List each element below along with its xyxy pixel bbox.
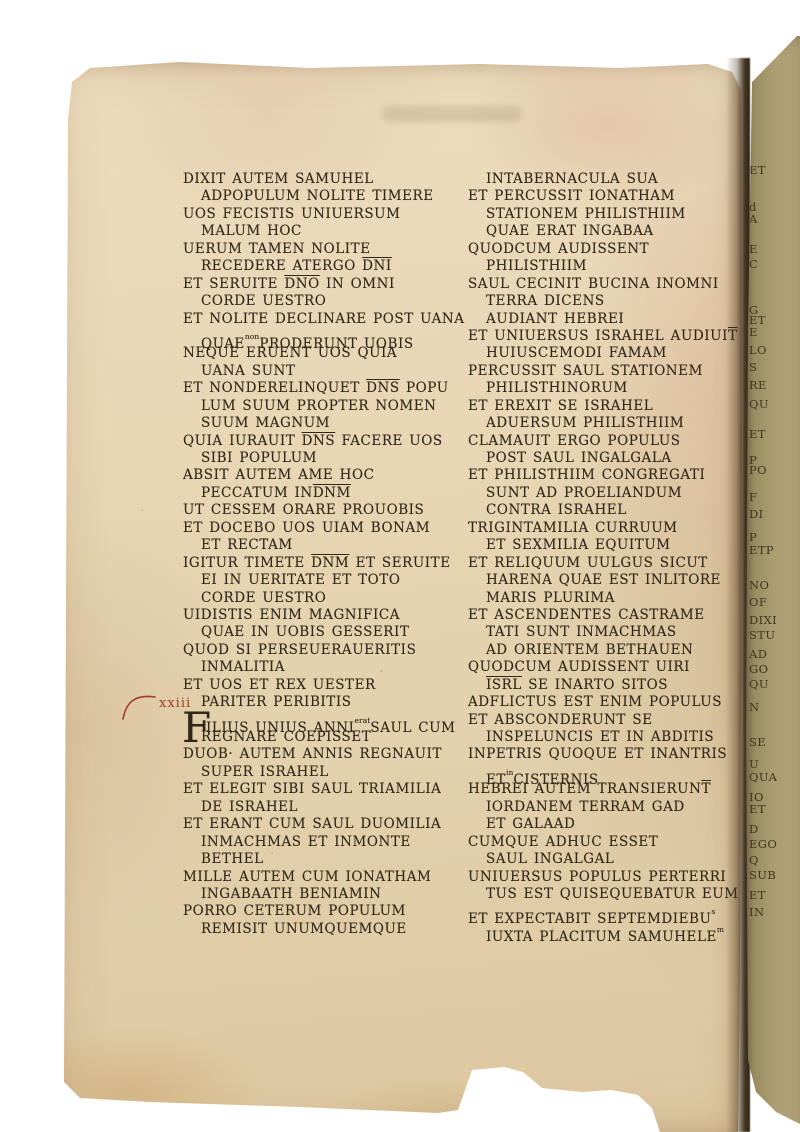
text-line: CONTRA ISRAHEL <box>468 502 768 519</box>
text-line: HUIUSCEMODI FAMAM <box>468 345 768 362</box>
edge-text-fragment: QUA <box>749 770 777 784</box>
gutter-shadow <box>726 58 750 1132</box>
text-line: PORRO CETERUM POPULUM <box>183 903 483 920</box>
edge-text-fragment: NO <box>749 578 769 592</box>
text-line: ISRL SE INARTO SITOS <box>468 677 768 694</box>
text-line: DE ISRAHEL <box>183 799 483 816</box>
text-line: CUMQUE ADHUC ESSET <box>468 834 768 851</box>
text-line: ET SEXMILIA EQUITUM <box>468 537 768 554</box>
text-line: UIDISTIS ENIM MAGNIFICA <box>183 607 483 624</box>
text-line: QUIA IURAUIT DNS FACERE UOS <box>183 433 483 450</box>
text-line: PARITER PERIBITIS <box>183 694 483 711</box>
edge-text-fragment: LO <box>749 343 767 357</box>
text-line: DUOB· AUTEM ANNIS REGNAUIT <box>183 746 483 763</box>
text-line: QUOD SI PERSEUERAUERITIS <box>183 642 483 659</box>
text-line: ET DOCEBO UOS UIAM BONAM <box>183 520 483 537</box>
text-line: INMALITIA <box>183 659 483 676</box>
text-line: ET ASCENDENTES CASTRAME <box>468 607 768 624</box>
edge-text-fragment: QU <box>749 677 769 691</box>
text-line: UOS FECISTIS UNIUERSUM <box>183 206 483 223</box>
text-column-right: INTABERNACULA SUAET PERCUSSIT IONATHAMST… <box>468 171 768 938</box>
text-line: PHILISTHINORUM <box>468 380 768 397</box>
edge-text-fragment: IN <box>749 905 764 919</box>
text-line: MILLE AUTEM CUM IONATHAM <box>183 869 483 886</box>
edge-text-fragment: RE <box>749 378 767 392</box>
edge-text-fragment: U <box>749 757 759 771</box>
text-line: SAUL INGALGAL <box>468 851 768 868</box>
text-line: ET ELEGIT SIBI SAUL TRIAMILIA <box>183 781 483 798</box>
text-line: QUAEnonPRODERUNT UOBIS <box>183 328 483 345</box>
manuscript-leaf: DIXIT AUTEM SAMUHELADPOPULUM NOLITE TIME… <box>60 60 744 1132</box>
text-line: SAUL CECINIT BUCINA INOMNI <box>468 276 768 293</box>
chapter-marker: xxiii <box>122 696 191 720</box>
text-line: SIBI POPULUM <box>183 450 483 467</box>
edge-text-fragment: ET <box>749 427 766 441</box>
text-line: UANA SUNT <box>183 363 483 380</box>
edge-text-fragment: GO <box>749 662 768 676</box>
text-line: MARIS PLURIMA <box>468 590 768 607</box>
text-line: CORDE UESTRO <box>183 590 483 607</box>
text-line: DIXIT AUTEM SAMUHEL <box>183 171 483 188</box>
edge-text-fragment: PO <box>749 463 767 477</box>
edge-text-fragment: P <box>749 530 757 544</box>
text-line: QUODCUM AUDISSENT <box>468 241 768 258</box>
text-line: ET EXPECTABIT SEPTEMDIEBUs <box>468 903 768 920</box>
text-line: ET RELIQUUM UULGUS SICUT <box>468 555 768 572</box>
text-line: HARENA QUAE EST INLITORE <box>468 572 768 589</box>
text-line: NEQUE ERUENT UOS QUIA <box>183 345 483 362</box>
text-line: TRIGINTAMILIA CURRUUM <box>468 520 768 537</box>
edge-text-fragment: EGO <box>749 837 777 851</box>
text-line: ET PERCUSSIT IONATHAM <box>468 188 768 205</box>
text-line: CORDE UESTRO <box>183 293 483 310</box>
text-line: RECEDERE ATERGO DNI <box>183 258 483 275</box>
text-line: REMISIT UNUMQUEMQUE <box>183 921 483 938</box>
edge-text-fragment: F <box>749 490 757 504</box>
text-line: PHILISTHIIM <box>468 258 768 275</box>
edge-text-fragment: DIXI <box>749 613 777 627</box>
edge-text-fragment: STU <box>749 628 775 642</box>
text-line: ET SERUITE DNO IN OMNI <box>183 276 483 293</box>
text-line: UERUM TAMEN NOLITE <box>183 241 483 258</box>
text-line: TATI SUNT INMACHMAS <box>468 624 768 641</box>
text-line: ET NOLITE DECLINARE POST UANA <box>183 311 483 328</box>
text-line: SUNT AD PROELIANDUM <box>468 485 768 502</box>
text-line: SUPER ISRAHEL <box>183 764 483 781</box>
text-line: MALUM HOC <box>183 223 483 240</box>
paragraph-mark-icon <box>122 690 156 720</box>
text-line: INPETRIS QUOQUE ET INANTRIS <box>468 746 768 763</box>
edge-text-fragment: ETP <box>749 543 774 557</box>
text-line: UNIUERSUS POPULUS PERTERRI <box>468 869 768 886</box>
edge-text-fragment: ET <box>749 163 766 177</box>
text-line: INGABAATH BENIAMIN <box>183 886 483 903</box>
text-line: ET GALAAD <box>468 816 768 833</box>
text-line: INSPELUNCIS ET IN ABDITIS <box>468 729 768 746</box>
edge-text-fragment: S <box>749 360 757 374</box>
text-line: ABSIT AUTEM AME HOC <box>183 467 483 484</box>
edge-text-fragment: A <box>749 212 758 226</box>
text-line: ET UNIUERSUS ISRAHEL AUDIUIT <box>468 328 768 345</box>
edge-text-fragment: ET <box>749 888 766 902</box>
text-line: ETinCISTERNIS <box>468 764 768 781</box>
text-line: BETHEL <box>183 851 483 868</box>
edge-text-fragment: ET <box>749 802 766 816</box>
text-line: ADFLICTUS EST ENIM POPULUS <box>468 694 768 711</box>
text-line: ADPOPULUM NOLITE TIMERE <box>183 188 483 205</box>
text-line: UT CESSEM ORARE PROUOBIS <box>183 502 483 519</box>
edge-text-fragment: DI <box>749 507 764 521</box>
edge-text-fragment: AD <box>749 647 767 661</box>
text-line: FILIUS UNIUS ANNIeratSAUL CUM <box>183 712 483 729</box>
text-line: IUXTA PLACITUM SAMUHELEm <box>468 921 768 938</box>
text-line: HEBREI AUTEM TRANSIERUNT <box>468 781 768 798</box>
text-line: QUODCUM AUDISSENT UIRI <box>468 659 768 676</box>
text-line: CLAMAUIT ERGO POPULUS <box>468 433 768 450</box>
faded-running-header <box>382 106 522 122</box>
edge-text-fragment: E <box>749 325 758 339</box>
text-line: SUUM MAGNUM <box>183 415 483 432</box>
edge-text-fragment: D <box>749 822 759 836</box>
text-line: QUAE IN UOBIS GESSERIT <box>183 624 483 641</box>
text-column-left: DIXIT AUTEM SAMUHELADPOPULUM NOLITE TIME… <box>183 171 483 938</box>
text-line: INMACHMAS ET INMONTE <box>183 834 483 851</box>
text-line: ET ABSCONDERUNT SE <box>468 712 768 729</box>
text-line: QUAE ERAT INGABAA <box>468 223 768 240</box>
text-line: IORDANEM TERRAM GAD <box>468 799 768 816</box>
text-line: AD ORIENTEM BETHAUEN <box>468 642 768 659</box>
text-line: TUS EST QUISEQUEBATUR EUM <box>468 886 768 903</box>
edge-text-fragment: N <box>749 700 759 714</box>
text-line: PERCUSSIT SAUL STATIONEM <box>468 363 768 380</box>
edge-text-fragment: E <box>749 242 758 256</box>
text-line: ET PHILISTHIIM CONGREGATI <box>468 467 768 484</box>
text-line: POST SAUL INGALGALA <box>468 450 768 467</box>
next-folio-edge: ETdAECGETELOSREQUETPPOFDIPETPNOOFDIXISTU… <box>742 30 800 1132</box>
text-line: AUDIANT HEBREI <box>468 311 768 328</box>
text-line: ET ERANT CUM SAUL DUOMILIA <box>183 816 483 833</box>
chapter-number: xxiii <box>159 696 191 711</box>
edge-text-fragment: SE <box>749 735 766 749</box>
text-line: ET EREXIT SE ISRAHEL <box>468 398 768 415</box>
text-line: IGITUR TIMETE DNM ET SERUITE <box>183 555 483 572</box>
text-line: ET RECTAM <box>183 537 483 554</box>
edge-text-fragment: Q <box>749 853 759 867</box>
text-line: EI IN UERITATE ET TOTO <box>183 572 483 589</box>
text-line: PECCATUM INDNM <box>183 485 483 502</box>
text-line: ET NONDERELINQUET DNS POPU <box>183 380 483 397</box>
text-line: STATIONEM PHILISTHIIM <box>468 206 768 223</box>
edge-text-fragment: C <box>749 257 758 271</box>
edge-text-fragment: SUB <box>749 868 776 882</box>
text-line: LUM SUUM PROPTER NOMEN <box>183 398 483 415</box>
text-line: ET UOS ET REX UESTER <box>183 677 483 694</box>
text-line: INTABERNACULA SUA <box>468 171 768 188</box>
edge-text-fragment: QU <box>749 397 769 411</box>
text-line: ADUERSUM PHILISTHIIM <box>468 415 768 432</box>
edge-text-fragment: OF <box>749 595 767 609</box>
text-line: TERRA DICENS <box>468 293 768 310</box>
